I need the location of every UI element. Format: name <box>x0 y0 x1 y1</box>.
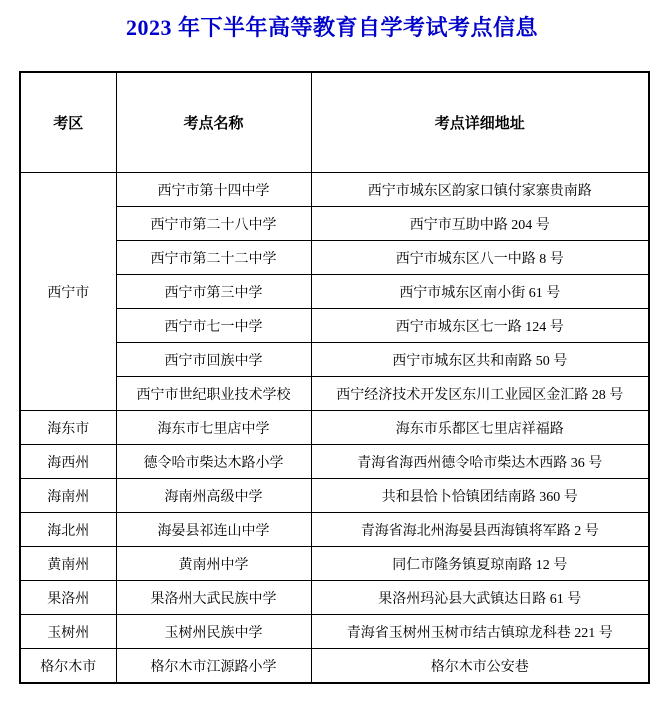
table-row: 海北州海晏县祁连山中学青海省海北州海晏县西海镇将军路 2 号 <box>20 513 649 547</box>
district-cell: 海西州 <box>20 445 116 479</box>
site-name-cell: 海晏县祁连山中学 <box>116 513 311 547</box>
table-row: 西宁市西宁市第十四中学西宁市城东区韵家口镇付家寨贵南路 <box>20 173 649 207</box>
district-cell: 果洛州 <box>20 581 116 615</box>
page-title: 2023 年下半年高等教育自学考试考点信息 <box>0 8 664 48</box>
district-cell: 玉树州 <box>20 615 116 649</box>
table-row: 玉树州玉树州民族中学青海省玉树州玉树市结古镇琼龙科巷 221 号 <box>20 615 649 649</box>
table-row: 格尔木市格尔木市江源路小学格尔木市公安巷 <box>20 649 649 684</box>
site-name-cell: 海东市七里店中学 <box>116 411 311 445</box>
table-row: 黄南州黄南州中学同仁市隆务镇夏琼南路 12 号 <box>20 547 649 581</box>
site-address-cell: 西宁市城东区南小街 61 号 <box>311 275 649 309</box>
site-address-cell: 同仁市隆务镇夏琼南路 12 号 <box>311 547 649 581</box>
header-row: 考区 考点名称 考点详细地址 <box>20 72 649 173</box>
district-cell: 海东市 <box>20 411 116 445</box>
site-address-cell: 青海省玉树州玉树市结古镇琼龙科巷 221 号 <box>311 615 649 649</box>
site-address-cell: 果洛州玛沁县大武镇达日路 61 号 <box>311 581 649 615</box>
site-name-cell: 西宁市第三中学 <box>116 275 311 309</box>
site-address-cell: 青海省海北州海晏县西海镇将军路 2 号 <box>311 513 649 547</box>
table-header: 考区 考点名称 考点详细地址 <box>20 72 649 173</box>
exam-site-table: 考区 考点名称 考点详细地址 西宁市西宁市第十四中学西宁市城东区韵家口镇付家寨贵… <box>19 71 650 684</box>
header-district: 考区 <box>20 72 116 173</box>
site-name-cell: 西宁市第二十二中学 <box>116 241 311 275</box>
site-name-cell: 玉树州民族中学 <box>116 615 311 649</box>
site-address-cell: 西宁市城东区七一路 124 号 <box>311 309 649 343</box>
header-site-address: 考点详细地址 <box>311 72 649 173</box>
site-address-cell: 西宁市城东区共和南路 50 号 <box>311 343 649 377</box>
district-cell: 西宁市 <box>20 173 116 411</box>
site-address-cell: 西宁市城东区韵家口镇付家寨贵南路 <box>311 173 649 207</box>
site-address-cell: 青海省海西州德令哈市柴达木西路 36 号 <box>311 445 649 479</box>
site-name-cell: 西宁市第二十八中学 <box>116 207 311 241</box>
table-row: 果洛州果洛州大武民族中学果洛州玛沁县大武镇达日路 61 号 <box>20 581 649 615</box>
table-row: 海东市海东市七里店中学海东市乐都区七里店祥福路 <box>20 411 649 445</box>
site-name-cell: 西宁市世纪职业技术学校 <box>116 377 311 411</box>
site-address-cell: 共和县恰卜恰镇团结南路 360 号 <box>311 479 649 513</box>
site-name-cell: 果洛州大武民族中学 <box>116 581 311 615</box>
site-address-cell: 西宁经济技术开发区东川工业园区金汇路 28 号 <box>311 377 649 411</box>
district-cell: 格尔木市 <box>20 649 116 684</box>
site-address-cell: 格尔木市公安巷 <box>311 649 649 684</box>
district-cell: 黄南州 <box>20 547 116 581</box>
table-row: 海西州德令哈市柴达木路小学青海省海西州德令哈市柴达木西路 36 号 <box>20 445 649 479</box>
district-cell: 海北州 <box>20 513 116 547</box>
site-address-cell: 海东市乐都区七里店祥福路 <box>311 411 649 445</box>
site-name-cell: 西宁市回族中学 <box>116 343 311 377</box>
site-name-cell: 德令哈市柴达木路小学 <box>116 445 311 479</box>
table-row: 海南州海南州高级中学共和县恰卜恰镇团结南路 360 号 <box>20 479 649 513</box>
site-address-cell: 西宁市互助中路 204 号 <box>311 207 649 241</box>
table-body: 西宁市西宁市第十四中学西宁市城东区韵家口镇付家寨贵南路西宁市第二十八中学西宁市互… <box>20 173 649 684</box>
site-address-cell: 西宁市城东区八一中路 8 号 <box>311 241 649 275</box>
site-name-cell: 西宁市七一中学 <box>116 309 311 343</box>
site-name-cell: 海南州高级中学 <box>116 479 311 513</box>
district-cell: 海南州 <box>20 479 116 513</box>
header-site-name: 考点名称 <box>116 72 311 173</box>
site-name-cell: 西宁市第十四中学 <box>116 173 311 207</box>
site-name-cell: 格尔木市江源路小学 <box>116 649 311 684</box>
site-name-cell: 黄南州中学 <box>116 547 311 581</box>
page: 2023 年下半年高等教育自学考试考点信息 考区 考点名称 考点详细地址 西宁市… <box>0 0 664 702</box>
